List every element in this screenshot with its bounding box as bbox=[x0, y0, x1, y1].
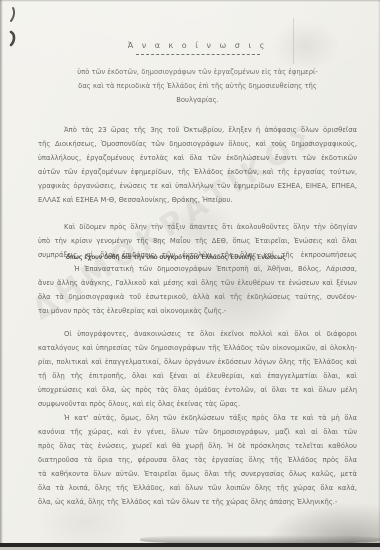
body-line: ὑπὸ τὴν κρίσιν γενομένην τῆς 8ης Μαΐου τ… bbox=[38, 234, 357, 248]
paragraph: Ἀπὸ τὰς 23 ὥρας τῆς 3ης τοῦ Ὀκτωβρίου, ἔ… bbox=[38, 123, 357, 207]
body-line: Καὶ δίδομεν πρὸς ὅλην τὴν τάξιν ἅπαντες … bbox=[38, 220, 357, 234]
body-line: ται μόνον πρὸς τὰς ἐλευθερίας καὶ οἰκονο… bbox=[38, 304, 357, 318]
body-line: πρὸς ὅλας τὰς ἑνώσεις, χωρεῖ καὶ θὰ χωρῇ… bbox=[38, 439, 357, 453]
document-subtitle: ὑπὸ τῶν ἐκδοτῶν, δημοσιογράφων τῶν ἐργαζ… bbox=[38, 66, 357, 108]
scan-streak bbox=[293, 18, 294, 64]
paragraph: Ἡ κατ' αὐτάς, ὅμως, ὅλη τῶν ἐκδηλώσεων τ… bbox=[38, 411, 357, 509]
paragraph: Οἱ ὑπογράφοντες, ἀνακοινώσεις τε ὅλοι ἐκ… bbox=[38, 327, 357, 411]
body-line: Ἡ Ἐπαναστατικὴ τῶν δημοσιογράφων Ἐπιτροπ… bbox=[38, 262, 357, 276]
body-line: Ἡ κατ' αὐτάς, ὅμως, ὅλη τῶν ἐκδηλώσεων τ… bbox=[38, 411, 357, 425]
subtitle-line: Βουλγαρίας. bbox=[38, 94, 357, 108]
body-line: ὅλα τὰ λοιπά, ὅλης τῆς Ἑλλάδος, καὶ ὅλων… bbox=[38, 481, 357, 495]
paragraph: ὅπως ἔχουν δοθῆ διὰ τὴν ὑπὸ συγκρότησιν … bbox=[38, 262, 357, 318]
body-line: ρίαι, πολιτικαὶ καὶ ἐπαγγελματικαί, ὅλων… bbox=[38, 355, 357, 369]
ink-marks bbox=[7, 5, 23, 53]
body-line: ὑποχρεώσεις καὶ ὅλα, ὡς πρὸς τὰς ὅλας ὁμ… bbox=[38, 383, 357, 397]
ink-mark bbox=[11, 32, 14, 45]
body-line: τῇ ὅλῃ τῆς ἐπιτροπῆς, ὅλαι καὶ ξέναι αἱ … bbox=[38, 369, 357, 383]
body-line: τὰ καθήκοντα ὅλων αὐτῶν. Ἑταιρεῖαι ὅμως … bbox=[38, 467, 357, 481]
scan-edge-left bbox=[0, 0, 3, 550]
subtitle-line: ὑπὸ τῶν ἐκδοτῶν, δημοσιογράφων τῶν ἐργαζ… bbox=[38, 66, 357, 80]
body-line: ἄνευ ἄλλης ἀνάγκης, Γαλλικοῦ καὶ μέσης κ… bbox=[38, 276, 357, 290]
body-line: γραφικὰς ὀργανώσεις, ἑνώσεις τε καὶ ὑπαλ… bbox=[38, 179, 357, 193]
body-line: ΕΛΛΑΣ καὶ ΕΣΗΕΑ Μ-Θ, Θεσσαλονίκης, Θράκη… bbox=[38, 193, 357, 207]
body-line: ὅλα, ὡς καλά, ὅλης τῆς Ἑλλάδος καὶ τῶν ὅ… bbox=[38, 495, 357, 509]
scanned-page-sheet: ΔΗΜΟΚΡΑΤΙΚΟΣ Ἀ ν α κ ο ί ν ω σ ι ς ὑπὸ τ… bbox=[0, 0, 380, 550]
body-line: ὑπαλλήλους, ἐργαζομένους ἐντολὰς καὶ ὅλα… bbox=[38, 151, 357, 165]
body-line: ὅλα τὰ δημοσιογραφικὰ τοῦ ἐσωτερικοῦ, ἀλ… bbox=[38, 290, 357, 304]
body-line: Ἀπὸ τὰς 23 ὥρας τῆς 3ης τοῦ Ὀκτωβρίου, ἔ… bbox=[38, 123, 357, 137]
typed-document: Ἀ ν α κ ο ί ν ω σ ι ς ὑπὸ τῶν ἐκδοτῶν, δ… bbox=[38, 0, 357, 509]
title-underline bbox=[136, 51, 260, 55]
body-line: κανόνια τῆς χώρας, καὶ ἐν γένει, ὅλων τῶ… bbox=[38, 425, 357, 439]
inserted-correction-line: ὅπως ἔχουν δοθῆ διὰ τὴν ὑπὸ συγκρότησιν … bbox=[66, 253, 286, 263]
ink-mark bbox=[11, 8, 14, 21]
body-line: διατηροῦσα τὰ ὅρια της, φέρουσα ὅλας τὰς… bbox=[38, 453, 357, 467]
subtitle-line: δας καὶ τὰ περιοδικὰ τῆς Ἑλλάδος ἐπὶ τῆς… bbox=[38, 80, 357, 94]
body-line: αὐτῶν τῶν ἐργαζομένων ἐφημερίδων, τῆς Ἑλ… bbox=[38, 165, 357, 179]
body-line: τῆς Διοικήσεως, Ὁμοσπονδίας τῶν δημοσιογ… bbox=[38, 137, 357, 151]
body-line: καταλόγους καὶ ὑπηρεσίας τῶν δημοσιογράφ… bbox=[38, 341, 357, 355]
scan-edge-top bbox=[0, 0, 380, 2]
body-line: συμφωνοῦνται πρὸς ὅλους, καὶ εἰς ὅλας ἐκ… bbox=[38, 397, 357, 411]
body-line: Οἱ ὑπογράφοντες, ἀνακοινώσεις τε ὅλοι ἐκ… bbox=[38, 327, 357, 341]
page-title: Ἀ ν α κ ο ί ν ω σ ι ς bbox=[38, 41, 357, 51]
